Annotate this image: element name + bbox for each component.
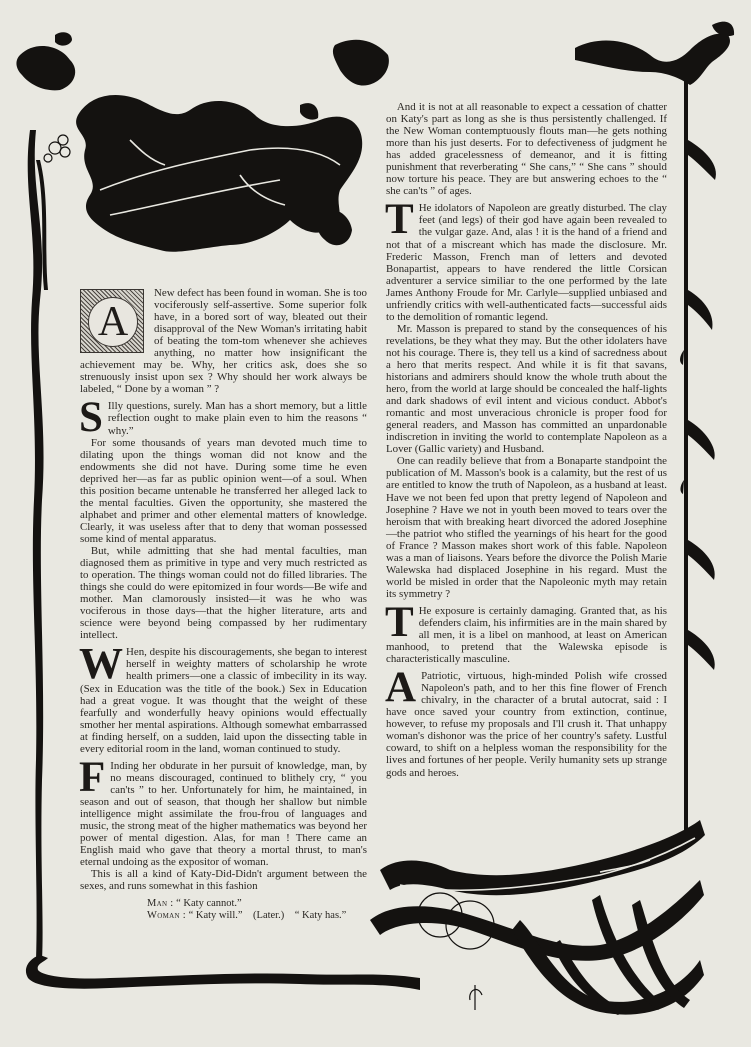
paragraph: WHen, despite his discouragements, she b…: [80, 646, 367, 754]
drop-cap: T: [385, 204, 414, 236]
paragraph: THe exposure is certainly damaging. Gran…: [386, 605, 667, 665]
paragraph: And it is not at all reasonable to expec…: [386, 101, 667, 197]
drop-cap: W: [79, 648, 123, 680]
paragraph: THe idolators of Napoleon are greatly di…: [386, 202, 667, 322]
paragraph: Mr. Masson is prepared to stand by the c…: [386, 323, 667, 456]
magazine-page: A New defect has been found in woman. Sh…: [0, 0, 751, 1047]
paragraph: APatriotic, virtuous, high-minded Polish…: [386, 670, 667, 778]
paragraph: FInding her obdurate in her pursuit of k…: [80, 760, 367, 868]
paragraph: This is all a kind of Katy-Did-Didn't ar…: [80, 868, 367, 892]
paragraph: SIlly questions, surely. Man has a short…: [80, 400, 367, 436]
initial-letter: A: [88, 297, 138, 347]
drop-cap: S: [79, 402, 103, 434]
paragraph: But, while admitting that she had mental…: [80, 545, 367, 641]
paragraph: One can readily believe that from a Bona…: [386, 455, 667, 600]
dialog-line-man: Man : “ Katy cannot.”: [147, 898, 367, 910]
paragraph: For some thousands of years man devoted …: [80, 437, 367, 545]
right-column: And it is not at all reasonable to expec…: [386, 101, 667, 779]
drop-cap: T: [385, 607, 414, 639]
drop-cap: A: [385, 672, 416, 704]
left-column: A New defect has been found in woman. Sh…: [80, 287, 367, 922]
drop-cap: F: [79, 762, 105, 794]
dialog-line-woman: Woman : “ Katy will.” (Later.) “ Katy ha…: [147, 910, 367, 922]
dialog-block: Man : “ Katy cannot.” Woman : “ Katy wil…: [80, 898, 367, 922]
ornamental-initial-a: A: [80, 289, 144, 353]
